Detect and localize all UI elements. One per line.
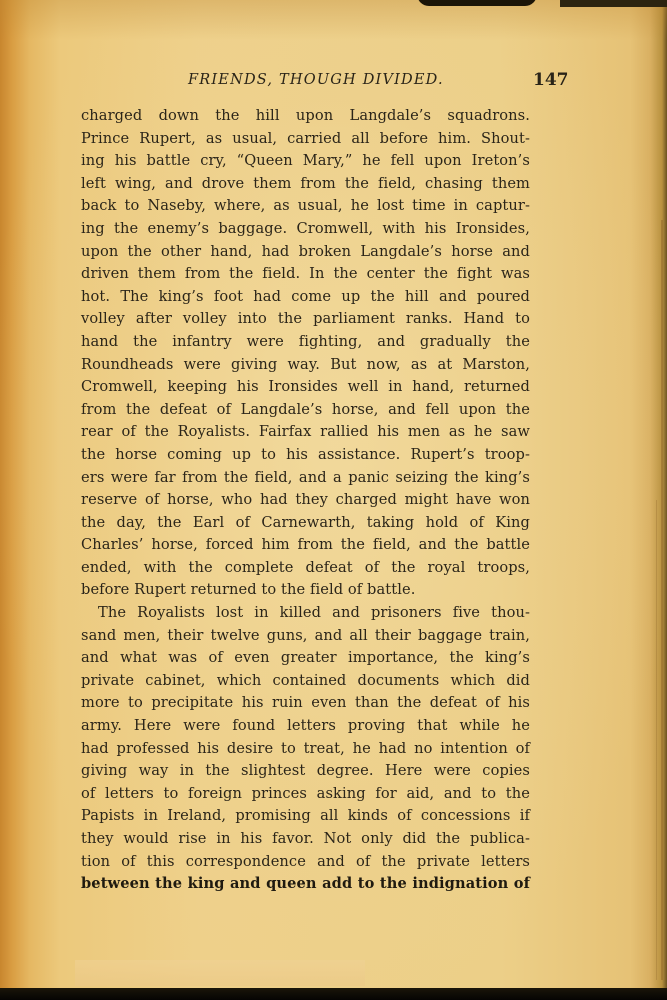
- scan-edge: [560, 0, 667, 7]
- text-line: Papists in Ireland, promising all kinds …: [81, 805, 530, 828]
- text-line: the day, the Earl of Carnewarth, taking …: [81, 512, 530, 535]
- text-line: Cromwell, keeping his Ironsides well in …: [81, 376, 530, 399]
- page-number: 147: [533, 70, 569, 90]
- text-line: army. Here were found letters proving th…: [81, 715, 530, 738]
- text-line: ing his battle cry, “Queen Mary,” he fel…: [81, 150, 530, 173]
- text-line: Prince Rupert, as usual, carried all bef…: [81, 128, 530, 151]
- text-line: rear of the Royalists. Fairfax rallied h…: [81, 421, 530, 444]
- text-line: the horse coming up to his assistance. R…: [81, 444, 530, 467]
- text-line: giving way in the slightest degree. Here…: [81, 760, 530, 783]
- text-line: more to precipitate his ruin even than t…: [81, 692, 530, 715]
- text-line: upon the other hand, had broken Langdale…: [81, 241, 530, 264]
- text-line: hand the infantry were fighting, and gra…: [81, 331, 530, 354]
- text-line: had professed his desire to treat, he ha…: [81, 738, 530, 761]
- text-line: between the king and queen add to the in…: [81, 873, 530, 896]
- paper-smudge: [75, 960, 365, 986]
- page-edge-line: [656, 500, 657, 980]
- text-line: ing the enemy’s baggage. Cromwell, with …: [81, 218, 530, 241]
- paragraph-2: The Royalists lost in killed and prisone…: [81, 602, 530, 896]
- text-line: before Rupert returned to the field of b…: [81, 579, 530, 602]
- text-line: The Royalists lost in killed and prisone…: [81, 602, 530, 625]
- body-text: charged down the hill upon Langdale’s sq…: [81, 105, 530, 896]
- text-line: tion of this correspondence and of the p…: [81, 851, 530, 874]
- text-line: driven them from the field. In the cente…: [81, 263, 530, 286]
- text-line: and what was of even greater importance,…: [81, 647, 530, 670]
- text-line: ended, with the complete defeat of the r…: [81, 557, 530, 580]
- book-page: FRIENDS, THOUGH DIVIDED. 147 charged dow…: [0, 0, 667, 988]
- text-line: they would rise in his favor. Not only d…: [81, 828, 530, 851]
- text-line: volley after volley into the parliament …: [81, 308, 530, 331]
- text-line: from the defeat of Langdale’s horse, and…: [81, 399, 530, 422]
- text-line: back to Naseby, where, as usual, he lost…: [81, 195, 530, 218]
- text-line: charged down the hill upon Langdale’s sq…: [81, 105, 530, 128]
- text-line: Roundheads were giving way. But now, as …: [81, 354, 530, 377]
- text-line: private cabinet, which contained documen…: [81, 670, 530, 693]
- text-line: reserve of horse, who had they charged m…: [81, 489, 530, 512]
- text-line: Charles’ horse, forced him from the fiel…: [81, 534, 530, 557]
- text-line: of letters to foreign princes asking for…: [81, 783, 530, 806]
- text-line: sand men, their twelve guns, and all the…: [81, 625, 530, 648]
- paragraph-1: charged down the hill upon Langdale’s sq…: [81, 105, 530, 602]
- page-edge-line: [661, 220, 663, 980]
- text-line: ers were far from the field, and a panic…: [81, 467, 530, 490]
- scan-shadow: [417, 0, 537, 6]
- text-line: hot. The king’s foot had come up the hil…: [81, 286, 530, 309]
- running-title: FRIENDS, THOUGH DIVIDED.: [188, 72, 444, 88]
- text-line: left wing, and drove them from the field…: [81, 173, 530, 196]
- running-head: FRIENDS, THOUGH DIVIDED. 147: [0, 70, 667, 94]
- scan-bottom-edge: [0, 988, 667, 1000]
